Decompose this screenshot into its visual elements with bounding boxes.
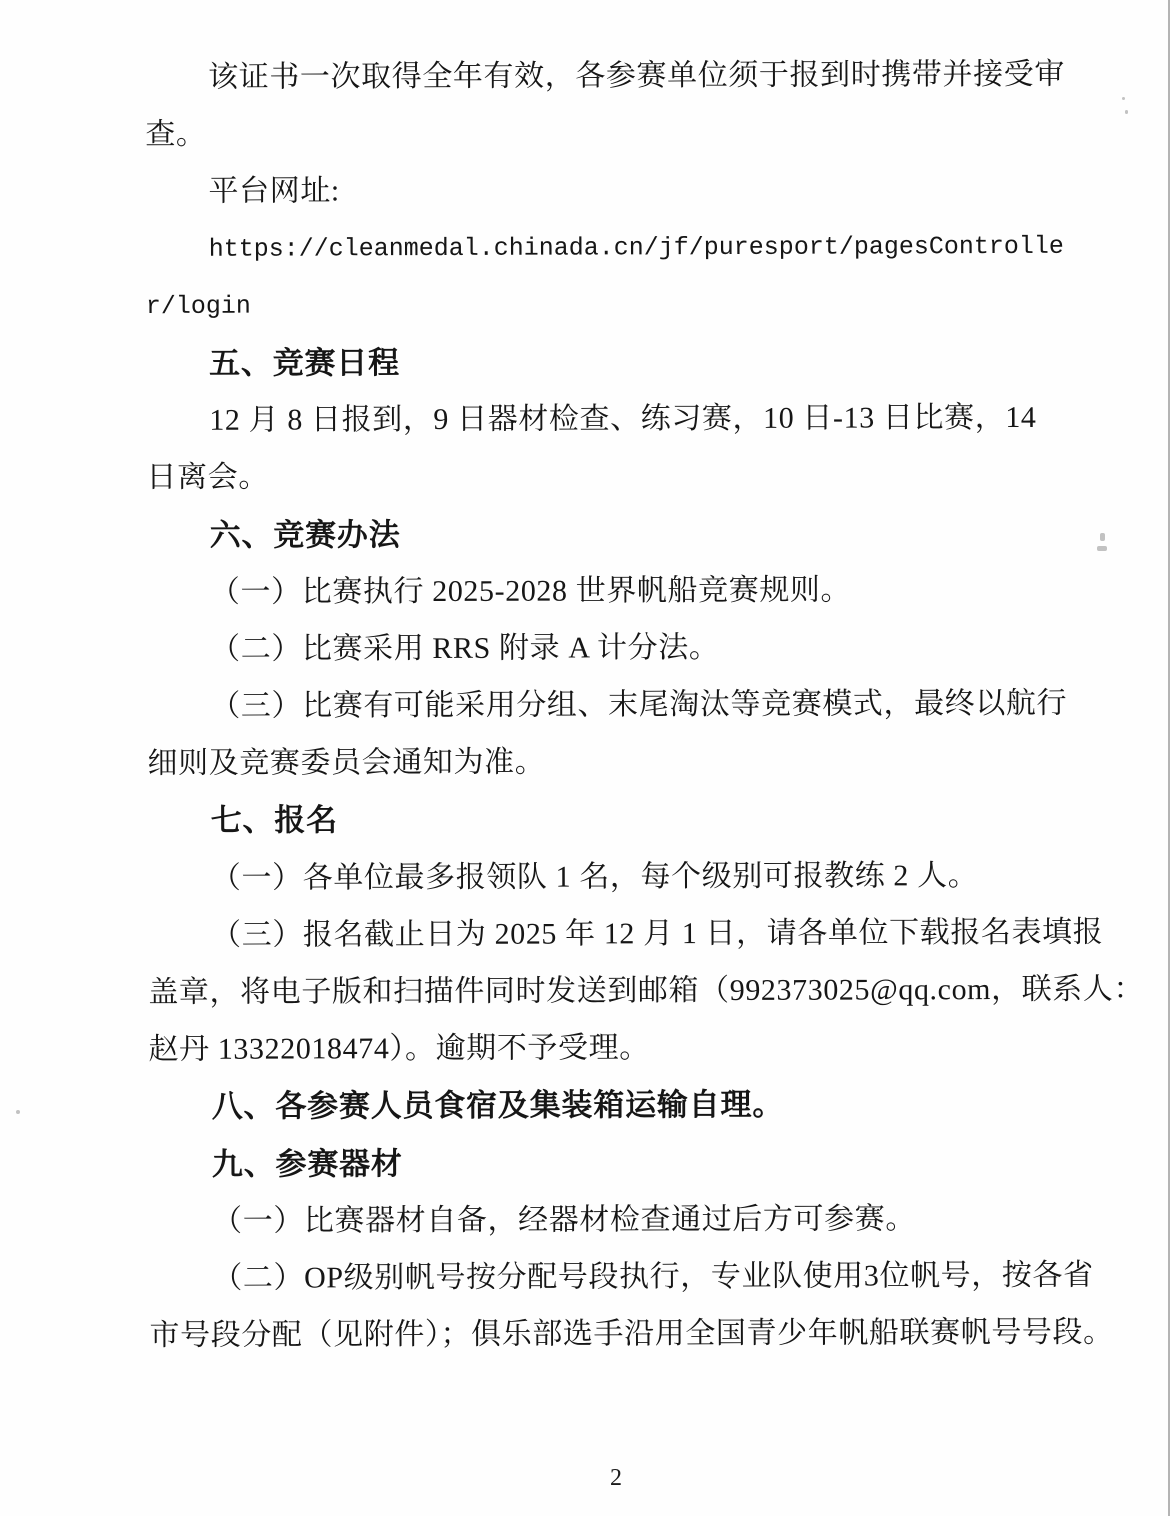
document-line: 盖章，将电子版和扫描件同时发送到邮箱（992373025@qq.com，联系人： (148, 961, 1108, 1022)
document-line: 日离会。 (146, 446, 1106, 507)
section-heading: 六、竞赛办法 (147, 503, 1107, 564)
section-heading: 七、报名 (148, 789, 1108, 850)
document-line: 12 月 8 日报到，9 日器材检查、练习赛，10 日-13 日比赛，14 (146, 389, 1106, 450)
section-heading: 五、竞赛日程 (146, 332, 1106, 393)
section-heading: 九、参赛器材 (149, 1132, 1109, 1193)
scan-speck (1100, 533, 1105, 541)
document-line: （一）比赛执行 2025-2028 世界帆船竞赛规则。 (147, 560, 1107, 621)
document-line: 平台网址: (145, 160, 1105, 221)
document-line: 该证书一次取得全年有效，各参赛单位须于报到时携带并接受审 (145, 46, 1105, 107)
scanned-document-page: 该证书一次取得全年有效，各参赛单位须于报到时携带并接受审查。平台网址:https… (0, 0, 1170, 1516)
page-number: 2 (596, 1462, 636, 1494)
document-line: （一）比赛器材自备，经器材检查通过后方可参赛。 (149, 1189, 1109, 1250)
document-line: 市号段分配（见附件）；俱乐部选手沿用全国青少年帆船联赛帆号号段。 (149, 1304, 1109, 1365)
document-line: （一）各单位最多报领队 1 名，每个级别可报教练 2 人。 (148, 846, 1108, 907)
document-line: 赵丹 13322018474）。逾期不予受理。 (148, 1018, 1108, 1079)
url-line: https://cleanmedal.chinada.cn/jf/purespo… (146, 217, 1106, 278)
scan-speck (16, 1110, 20, 1114)
scan-speck (1125, 110, 1128, 114)
scan-speck (1097, 546, 1107, 551)
scan-speck (1122, 97, 1125, 100)
document-line: （二）比赛采用 RRS 附录 A 计分法。 (147, 618, 1107, 679)
document-line: 细则及竞赛委员会通知为准。 (147, 732, 1107, 793)
document-body: 该证书一次取得全年有效，各参赛单位须于报到时携带并接受审查。平台网址:https… (145, 46, 1110, 1365)
document-line: （二）OP级别帆号按分配号段执行，专业队使用3位帆号，按各省 (149, 1247, 1109, 1308)
url-line: r/login (146, 274, 1106, 335)
section-heading: 八、各参赛人员食宿及集装箱运输自理。 (149, 1075, 1109, 1136)
document-line: （三）比赛有可能采用分组、末尾淘汰等竞赛模式，最终以航行 (147, 675, 1107, 736)
document-line: 查。 (145, 103, 1105, 164)
document-line: （三）报名截止日为 2025 年 12 月 1 日，请各单位下载报名表填报 (148, 903, 1108, 964)
